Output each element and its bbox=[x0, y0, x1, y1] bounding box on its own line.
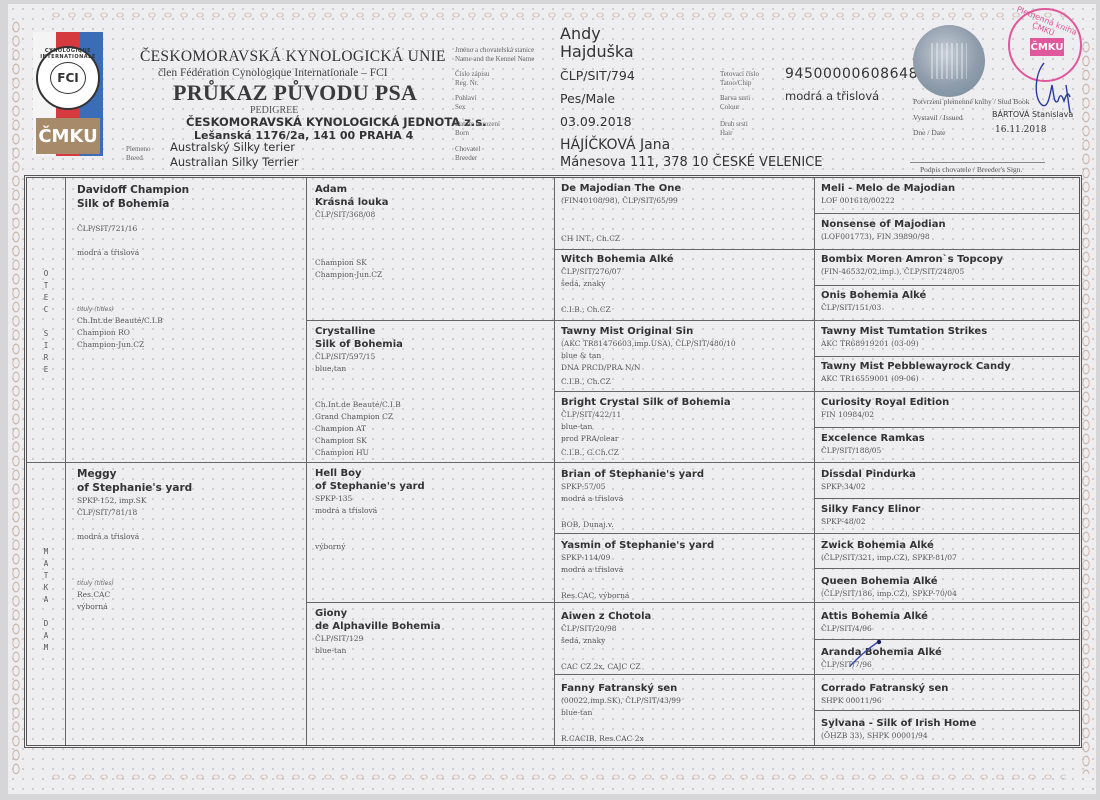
detail: ČLP/SIT/20/98 bbox=[561, 623, 811, 635]
great-grandparent-cell: Brian of Stephanie's yardSPKP-57/05modrá… bbox=[561, 468, 811, 533]
cmku-emblem-icon: ČMKU bbox=[36, 118, 100, 154]
side-letter: D bbox=[27, 618, 65, 630]
gen4-ancestor-cell: Curiosity Royal EditionFIN 10984/02 bbox=[821, 396, 1079, 428]
sire-cell: Davidoff Champion Silk of Bohemia ČLP/SI… bbox=[65, 183, 305, 461]
dog-name: Brian of Stephanie's yard bbox=[561, 468, 811, 481]
dog-name: Nonsense of Majodian bbox=[821, 218, 1079, 231]
detail: prcd PRA/clear bbox=[561, 433, 811, 445]
side-letter: R bbox=[27, 352, 65, 364]
detail: ČLP/SIT/422/11 bbox=[561, 409, 811, 421]
dog-name: De Majodian The One bbox=[561, 182, 811, 195]
born-value: 03.09.2018 bbox=[560, 114, 632, 129]
dog-name: Aiwen z Chotola bbox=[561, 610, 811, 623]
organization-title: ČESKOMORAVSKÁ KYNOLOGICKÁ UNIE bbox=[140, 48, 446, 66]
reg-number: ČLP/SIT/597/15 bbox=[315, 351, 551, 363]
document-title: PRŮKAZ PŮVODU PSA bbox=[173, 80, 417, 106]
dog-name: Tawny Mist Pebblewayrock Candy bbox=[821, 360, 1079, 373]
reg-number: AKC TR16559001 (09-06) bbox=[821, 373, 1079, 385]
ornamental-border-top bbox=[48, 10, 1066, 20]
side-letter: A bbox=[27, 630, 65, 642]
dog-name: Witch Bohemia Alké bbox=[561, 253, 811, 266]
gen4-ancestor-cell: Zwick Bohemia Alké(ČLP/SIT/321, imp.CZ),… bbox=[821, 539, 1079, 571]
issued-by: BÁRTOVÁ Stanislava bbox=[992, 110, 1073, 119]
side-letter: E bbox=[27, 364, 65, 376]
reg-number: FIN 10984/02 bbox=[821, 409, 1079, 421]
ornamental-border-bottom bbox=[48, 772, 1066, 782]
dog-name: Bright Crystal Silk of Bohemia bbox=[561, 396, 811, 409]
reg-number: SPKP-135 bbox=[315, 493, 551, 505]
sex-value: Pes/Male bbox=[560, 91, 615, 106]
dog-name: de Alphaville Bohemia bbox=[315, 620, 551, 633]
title-entry: Champion-Jun.CZ bbox=[77, 339, 305, 351]
breed-value-cz: Australský Silky terier bbox=[170, 140, 295, 154]
title-entry: Champion AT bbox=[315, 423, 551, 435]
detail: modrá a třislová bbox=[561, 493, 811, 505]
ink-mark-icon bbox=[848, 638, 888, 668]
detail: modrá a třislová bbox=[561, 564, 811, 576]
grandparent-cell: Hell Boyof Stephanie's yardSPKP-135modrá… bbox=[315, 467, 551, 602]
grandparent-cell: Gionyde Alphaville BohemiaČLP/SIT/129blu… bbox=[315, 607, 551, 742]
dog-name: Onis Bohemia Alké bbox=[821, 289, 1079, 302]
great-grandparent-cell: Witch Bohemia AlkéČLP/SIT/276/07šedá, zn… bbox=[561, 253, 811, 318]
detail: blue-tan bbox=[561, 421, 811, 433]
breeder-label: ChovatelBreeder bbox=[455, 145, 480, 163]
dam-cell: Meggy of Stephanie's yard SPKP-152, imp.… bbox=[65, 467, 305, 747]
dog-name: Tawny Mist Tumtation Strikes bbox=[821, 325, 1079, 338]
dam-side-label: MATKA DAM bbox=[27, 546, 65, 654]
studbook-confirm-label: Potvrzení plemenné knihy / Stud Book bbox=[913, 97, 1029, 106]
title-entry: Ch.Int.de Beauté/C.I.B bbox=[315, 399, 551, 411]
title-entry: Champion RO bbox=[77, 327, 305, 339]
title-entry: Grand Champion CZ bbox=[315, 411, 551, 423]
dog-name: Sylvana - Silk of Irish Home bbox=[821, 717, 1079, 730]
breeder-address: Mánesova 111, 378 10 ČESKÉ VELENICE bbox=[560, 155, 822, 170]
gen4-ancestor-cell: Silky Fancy ElinorSPKP-48/02 bbox=[821, 503, 1079, 535]
titles: CH INT., Ch.CZ bbox=[561, 233, 620, 245]
gen4-ancestor-cell: Meli - Melo de MajodianLOF 001618/00222 bbox=[821, 182, 1079, 214]
gen4-ancestor-cell: Tawny Mist Pebblewayrock CandyAKC TR1655… bbox=[821, 360, 1079, 392]
dog-name: Giony bbox=[315, 607, 551, 620]
reg-number: LOF 001618/00222 bbox=[821, 195, 1079, 207]
chip-label: Tetovací čísloTatoo/Chip bbox=[720, 70, 759, 88]
ornamental-border-left bbox=[10, 20, 22, 774]
sire-side-label: OTEC SIRE bbox=[27, 268, 65, 376]
dog-name: Fanny Fatranský sen bbox=[561, 682, 811, 695]
dog-name: Excelence Ramkas bbox=[821, 432, 1079, 445]
gen4-ancestor-cell: Nonsense of Majodian(LOF001773), FIN 398… bbox=[821, 218, 1079, 250]
titles: CAC CZ 2x, CAJC CZ bbox=[561, 661, 641, 673]
title-entry: Champion SK bbox=[315, 257, 551, 269]
title-entry: výborná bbox=[77, 601, 305, 613]
grandparent-cell: CrystallineSilk of BohemiaČLP/SIT/597/15… bbox=[315, 325, 551, 460]
side-letter bbox=[27, 606, 65, 618]
spacer bbox=[315, 221, 551, 233]
titles: Res.CAC, výborná bbox=[561, 590, 629, 602]
breeder-name: HÁJÍČKOVÁ Jana bbox=[560, 137, 670, 153]
dog-name: Krásná louka bbox=[315, 196, 551, 209]
reg-number: ČLP/SIT/188/05 bbox=[821, 445, 1079, 457]
reg-number: ČLP/SIT/368/08 bbox=[315, 209, 551, 221]
colour: modrá a třislová bbox=[315, 505, 551, 517]
title-entry: Res.CAC bbox=[77, 589, 305, 601]
born-label: Datum narozeníBorn bbox=[455, 120, 500, 138]
dog-name: Dissdal Pindurka bbox=[821, 468, 1079, 481]
great-grandparent-cell: Bright Crystal Silk of BohemiaČLP/SIT/42… bbox=[561, 396, 811, 461]
reg-number: (FIN-46532/02,imp.), ČLP/SIT/248/05 bbox=[821, 266, 1079, 278]
detail: (FIN40108/98), ČLP/SIT/65/99 bbox=[561, 195, 811, 207]
gen4-ancestor-cell: Sylvana - Silk of Irish Home(ÖHZB 33), S… bbox=[821, 717, 1079, 749]
reg-number: (ČLP/SIT/186, imp.CZ), SPKP-70/04 bbox=[821, 588, 1079, 600]
gen4-ancestor-cell: Excelence RamkasČLP/SIT/188/05 bbox=[821, 432, 1079, 464]
dog-name: Adam bbox=[315, 183, 551, 196]
side-letter: C bbox=[27, 304, 65, 316]
detail: (AKC TR81476603,imp.USA), ČLP/SIT/480/10 bbox=[561, 338, 811, 350]
side-letter: A bbox=[27, 558, 65, 570]
dog-name: Bombix Moren Amron`s Topcopy bbox=[821, 253, 1079, 266]
reg-number: ČLP/SIT/4/96 bbox=[821, 623, 1079, 635]
dog-name: Queen Bohemia Alké bbox=[821, 575, 1079, 588]
gen4-ancestor-cell: Dissdal PindurkaSPKP-34/02 bbox=[821, 468, 1079, 500]
dog-name: Hell Boy bbox=[315, 467, 551, 480]
reg-number: (ÖHZB 33), SHPK 00001/94 bbox=[821, 730, 1079, 742]
breed-value-en: Australian Silky Terrier bbox=[170, 155, 299, 169]
titles: C.I.B., Ch.CZ bbox=[561, 304, 611, 316]
side-letter bbox=[27, 316, 65, 328]
great-grandparent-cell: Fanny Fatranský sen(00022,imp.SK), ČLP/S… bbox=[561, 682, 811, 747]
detail: SPKP-57/05 bbox=[561, 481, 811, 493]
side-letter: I bbox=[27, 340, 65, 352]
colour-label: Barva srstiColour bbox=[720, 94, 750, 112]
fci-emblem-icon: CYNOLOGIQUE INTERNATIONALE FCI bbox=[36, 46, 100, 110]
spacer bbox=[315, 517, 551, 529]
reg-number: (LOF001773), FIN 39890/98 bbox=[821, 231, 1079, 243]
great-grandparent-cell: Tawny Mist Original Sin(AKC TR81476603,i… bbox=[561, 325, 811, 390]
colour-value: modrá a třislová bbox=[785, 89, 879, 103]
title-entry: Champion HU bbox=[315, 447, 551, 459]
colour: blue-tan bbox=[315, 645, 551, 657]
detail: ČLP/SIT/276/07 bbox=[561, 266, 811, 278]
dog-name: Attis Bohemia Alké bbox=[821, 610, 1079, 623]
dog-name: Silk of Bohemia bbox=[315, 338, 551, 351]
spacer bbox=[315, 387, 551, 399]
gen4-ancestor-cell: Corrado Fatranský senSHPK 00011/96 bbox=[821, 682, 1079, 714]
grandparent-cell: AdamKrásná loukaČLP/SIT/368/08Champion S… bbox=[315, 183, 551, 318]
title-entry: Champion SK bbox=[315, 435, 551, 447]
detail: SPKP-114/09 bbox=[561, 552, 811, 564]
gen4-ancestor-cell: Tawny Mist Tumtation StrikesAKC TR689192… bbox=[821, 325, 1079, 357]
titles: C.I.B., G.Ch.CZ bbox=[561, 447, 619, 459]
reg-number: SHPK 00011/96 bbox=[821, 695, 1079, 707]
great-grandparent-cell: Yasmin of Stephanie's yardSPKP-114/09mod… bbox=[561, 539, 811, 604]
titles: R.CACIB, Res.CAC 2x bbox=[561, 733, 644, 745]
side-letter: M bbox=[27, 546, 65, 558]
dog-name: Zwick Bohemia Alké bbox=[821, 539, 1079, 552]
reg-number: ČLP/SIT/129 bbox=[315, 633, 551, 645]
spacer bbox=[315, 529, 551, 541]
gen4-ancestor-cell: Queen Bohemia Alké(ČLP/SIT/186, imp.CZ),… bbox=[821, 575, 1079, 607]
reg-number: AKC TR68919201 (03-09) bbox=[821, 338, 1079, 350]
dam-titles: Res.CACvýborná bbox=[77, 589, 305, 613]
reg-number: (ČLP/SIT/321, imp.CZ), SPKP-81/07 bbox=[821, 552, 1079, 564]
pedigree-table: OTEC SIRE MATKA DAM Davidoff Champion Si… bbox=[24, 175, 1082, 748]
great-grandparent-cell: De Majodian The One(FIN40108/98), ČLP/SI… bbox=[561, 182, 811, 247]
titles: C.I.B., Ch.CZ bbox=[561, 376, 611, 388]
dog-name: Curiosity Royal Edition bbox=[821, 396, 1079, 409]
side-letter: E bbox=[27, 292, 65, 304]
side-letter: K bbox=[27, 582, 65, 594]
hair-label: Druh srstiHair bbox=[720, 120, 748, 138]
reg-number: ČLP/SIT/794 bbox=[560, 68, 635, 83]
signature-icon bbox=[1030, 55, 1075, 115]
side-letter: S bbox=[27, 328, 65, 340]
side-letter: A bbox=[27, 594, 65, 606]
detail: šedá, znaky bbox=[561, 635, 811, 647]
fci-cmku-logo: CYNOLOGIQUE INTERNATIONALE FCI ČMKU bbox=[33, 32, 103, 156]
chip-number: 945000006086482 bbox=[785, 66, 928, 82]
spacer bbox=[315, 245, 551, 257]
dog-name: Crystalline bbox=[315, 325, 551, 338]
spacer bbox=[315, 233, 551, 245]
title-entry: výborný bbox=[315, 541, 551, 553]
detail: DNA PRCD/PRA N/N bbox=[561, 362, 811, 374]
colour: blue,tan bbox=[315, 363, 551, 375]
dog-name: Meli - Melo de Majodian bbox=[821, 182, 1079, 195]
breeder-signature-line bbox=[910, 162, 1045, 163]
issued-date: 16.11.2018 bbox=[995, 125, 1047, 135]
hologram-seal-icon bbox=[913, 25, 985, 97]
breed-label: PlemenoBreed bbox=[126, 145, 151, 163]
title-entry: Champion-Jun.CZ bbox=[315, 269, 551, 281]
dog-name: Tawny Mist Original Sin bbox=[561, 325, 811, 338]
dog-name-line1: Andy bbox=[560, 24, 601, 43]
side-letter: O bbox=[27, 268, 65, 280]
side-letter: T bbox=[27, 570, 65, 582]
date-label: Dne / Date bbox=[913, 128, 946, 137]
dog-name-line2: Hajduška bbox=[560, 42, 634, 61]
issuing-organization: ČESKOMORAVSKÁ KYNOLOGICKÁ JEDNOTA z.s. bbox=[186, 115, 486, 129]
dog-name: Silky Fancy Elinor bbox=[821, 503, 1079, 516]
dog-name: Corrado Fatranský sen bbox=[821, 682, 1079, 695]
spacer bbox=[315, 375, 551, 387]
detail: blue & tan bbox=[561, 350, 811, 362]
dog-name: of Stephanie's yard bbox=[315, 480, 551, 493]
detail: (00022,imp.SK), ČLP/SIT/43/99 bbox=[561, 695, 811, 707]
breeder-signature-label: Podpis chovatele / Breeder's Sign. bbox=[920, 165, 1022, 174]
sire-titles: Ch.Int.de Beauté/C.I.BChampion ROChampio… bbox=[77, 315, 305, 351]
great-grandparent-cell: Aiwen z ChotolaČLP/SIT/20/98šedá, znakyC… bbox=[561, 610, 811, 675]
name-label: Jméno a chovatelská staniceName and the … bbox=[455, 46, 534, 64]
detail: šedá, znaky bbox=[561, 278, 811, 290]
reg-label: Číslo zápisuReg. Nr. bbox=[455, 70, 489, 88]
side-letter: T bbox=[27, 280, 65, 292]
title-entry: Ch.Int.de Beauté/C.I.B bbox=[77, 315, 305, 327]
reg-number: SPKP-34/02 bbox=[821, 481, 1079, 493]
dog-name: Yasmin of Stephanie's yard bbox=[561, 539, 811, 552]
gen4-ancestor-cell: Onis Bohemia AlkéČLP/SIT/151/03 bbox=[821, 289, 1079, 321]
detail: blue-tan bbox=[561, 707, 811, 719]
sex-label: PohlavíSex bbox=[455, 94, 476, 112]
reg-number: SPKP-48/02 bbox=[821, 516, 1079, 528]
issued-label: Vystavil / Issued bbox=[913, 113, 963, 122]
side-letter: M bbox=[27, 642, 65, 654]
reg-number: ČLP/SIT/151/03 bbox=[821, 302, 1079, 314]
gen4-ancestor-cell: Bombix Moren Amron`s Topcopy(FIN-46532/0… bbox=[821, 253, 1079, 285]
organization-subtitle: člen Fédération Cynologique Internationa… bbox=[158, 67, 388, 79]
titles: BOB, Dunaj.v. bbox=[561, 519, 614, 531]
